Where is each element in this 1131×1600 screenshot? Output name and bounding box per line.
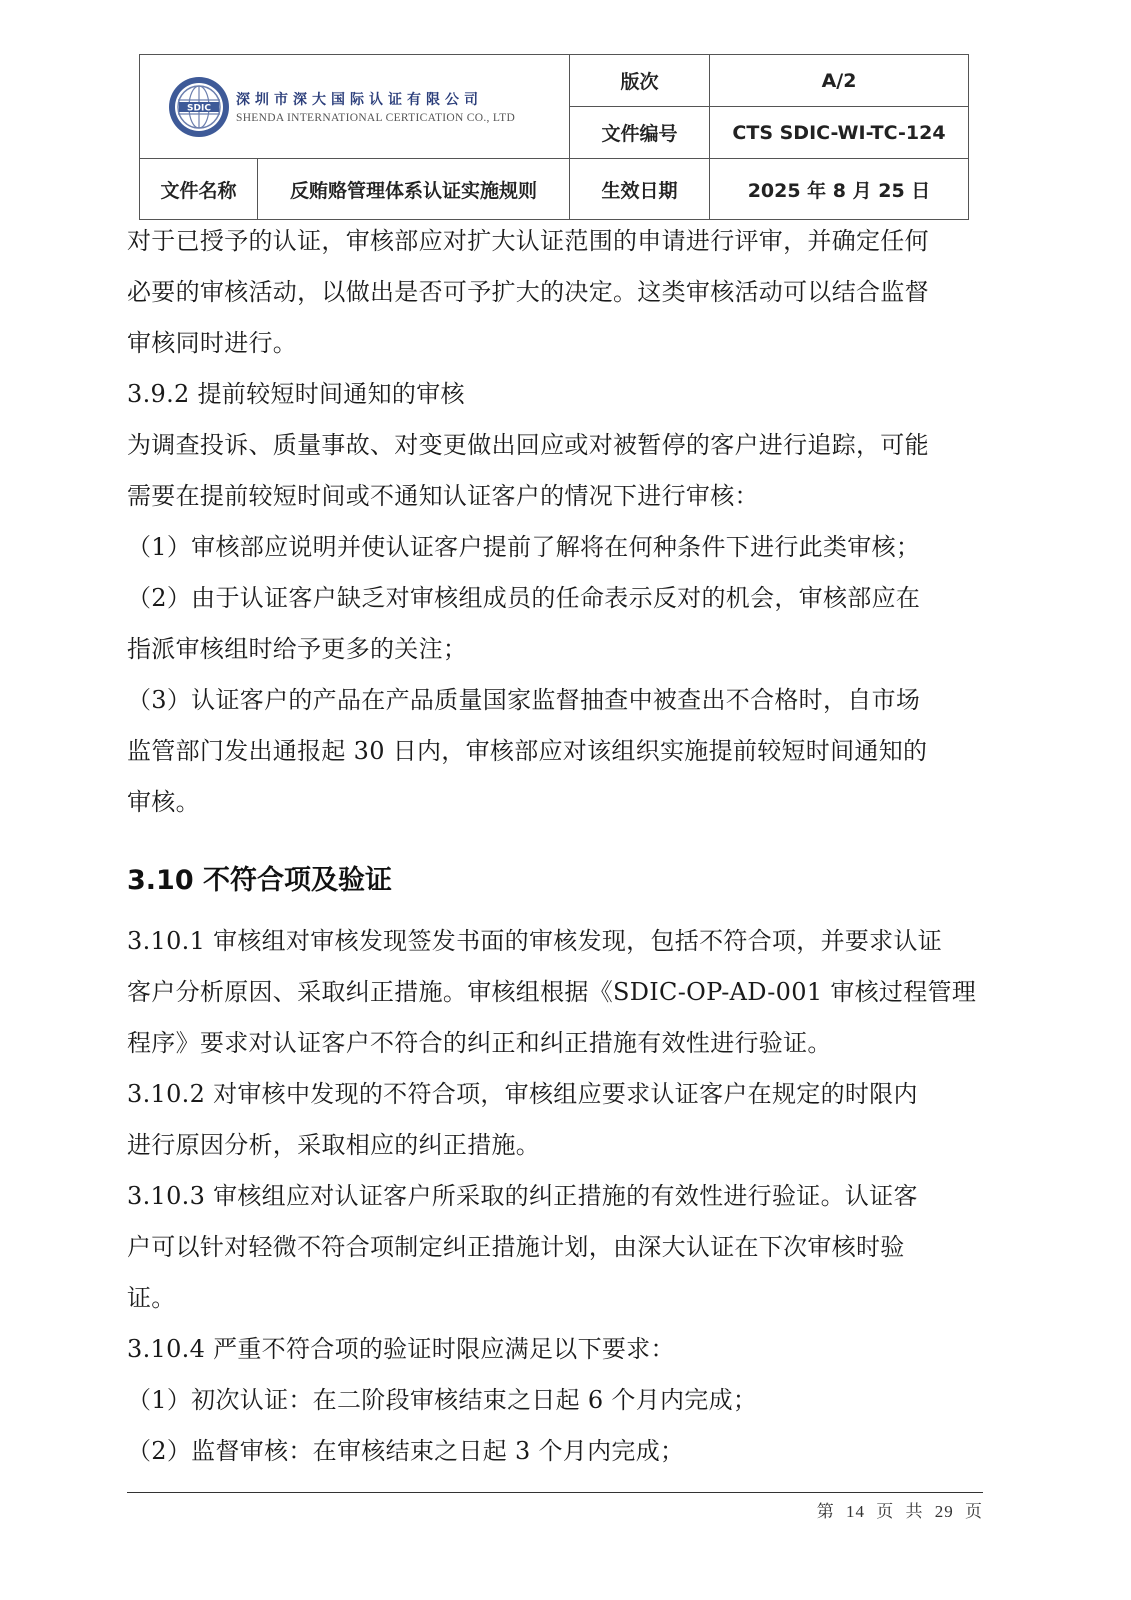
paragraph-line: 指派审核组时给予更多的关注；	[127, 624, 987, 675]
version-value: A/2	[710, 55, 969, 107]
paragraph-line: 3.10.4 严重不符合项的验证时限应满足以下要求：	[127, 1324, 987, 1375]
paragraph-line: 审核。	[127, 777, 987, 828]
doc-name-value: 反贿赂管理体系认证实施规则	[258, 159, 570, 220]
doc-number-label: 文件编号	[570, 107, 710, 159]
paragraph-line: 必要的审核活动，以做出是否可予扩大的决定。这类审核活动可以结合监督	[127, 267, 987, 318]
list-item: （1）初次认证：在二阶段审核结束之日起 6 个月内完成；	[127, 1375, 987, 1426]
company-name-cn: 深圳市深大国际认证有限公司	[236, 89, 515, 109]
version-label: 版次	[570, 55, 710, 107]
paragraph-line: 监管部门发出通报起 30 日内，审核部应对该组织实施提前较短时间通知的	[127, 726, 987, 777]
effective-date-value: 2025 年 8 月 25 日	[710, 159, 969, 220]
paragraph-line: 3.10.2 对审核中发现的不符合项，审核组应要求认证客户在规定的时限内	[127, 1069, 987, 1120]
footer-divider	[127, 1492, 983, 1493]
paragraph-line: 需要在提前较短时间或不通知认证客户的情况下进行审核：	[127, 471, 987, 522]
subsection-title: 3.9.2 提前较短时间通知的审核	[127, 369, 987, 420]
effective-date-label: 生效日期	[570, 159, 710, 220]
doc-number-value: CTS SDIC-WI-TC-124	[710, 107, 969, 159]
paragraph-line: 客户分析原因、采取纠正措施。审核组根据《SDIC-OP-AD-001 审核过程管…	[127, 967, 987, 1018]
svg-text:SDIC: SDIC	[187, 103, 211, 113]
paragraph-line: 户可以针对轻微不符合项制定纠正措施计划，由深大认证在下次审核时验	[127, 1222, 987, 1273]
list-item: （3）认证客户的产品在产品质量国家监督抽查中被查出不合格时，自市场	[127, 675, 987, 726]
company-name-en: SHENDA INTERNATIONAL CERTICATION CO., LT…	[236, 112, 515, 124]
document-page: SDIC 深圳市深大国际认证有限公司 SHENDA INTERNATIONAL …	[0, 0, 1131, 1600]
list-item: （2）由于认证客户缺乏对审核组成员的任命表示反对的机会，审核部应在	[127, 573, 987, 624]
document-body: 对于已授予的认证，审核部应对扩大认证范围的申请进行评审，并确定任何 必要的审核活…	[127, 216, 987, 1477]
doc-name-label: 文件名称	[140, 159, 258, 220]
paragraph-line: 证。	[127, 1273, 987, 1324]
sdic-logo-icon: SDIC	[168, 76, 230, 138]
paragraph-line: 为调查投诉、质量事故、对变更做出回应或对被暂停的客户进行追踪，可能	[127, 420, 987, 471]
list-item: （1）审核部应说明并使认证客户提前了解将在何种条件下进行此类审核；	[127, 522, 987, 573]
document-header-table: SDIC 深圳市深大国际认证有限公司 SHENDA INTERNATIONAL …	[139, 54, 969, 220]
list-item: （2）监督审核：在审核结束之日起 3 个月内完成；	[127, 1426, 987, 1477]
company-logo-cell: SDIC 深圳市深大国际认证有限公司 SHENDA INTERNATIONAL …	[140, 55, 570, 159]
paragraph-line: 对于已授予的认证，审核部应对扩大认证范围的申请进行评审，并确定任何	[127, 216, 987, 267]
section-heading: 3.10 不符合项及验证	[127, 855, 987, 906]
paragraph-line: 进行原因分析，采取相应的纠正措施。	[127, 1120, 987, 1171]
paragraph-line: 程序》要求对认证客户不符合的纠正和纠正措施有效性进行验证。	[127, 1018, 987, 1069]
paragraph-line: 3.10.3 审核组应对认证客户所采取的纠正措施的有效性进行验证。认证客	[127, 1171, 987, 1222]
page-number: 第 14 页 共 29 页	[817, 1497, 983, 1522]
paragraph-line: 审核同时进行。	[127, 318, 987, 369]
paragraph-line: 3.10.1 审核组对审核发现签发书面的审核发现，包括不符合项，并要求认证	[127, 916, 987, 967]
